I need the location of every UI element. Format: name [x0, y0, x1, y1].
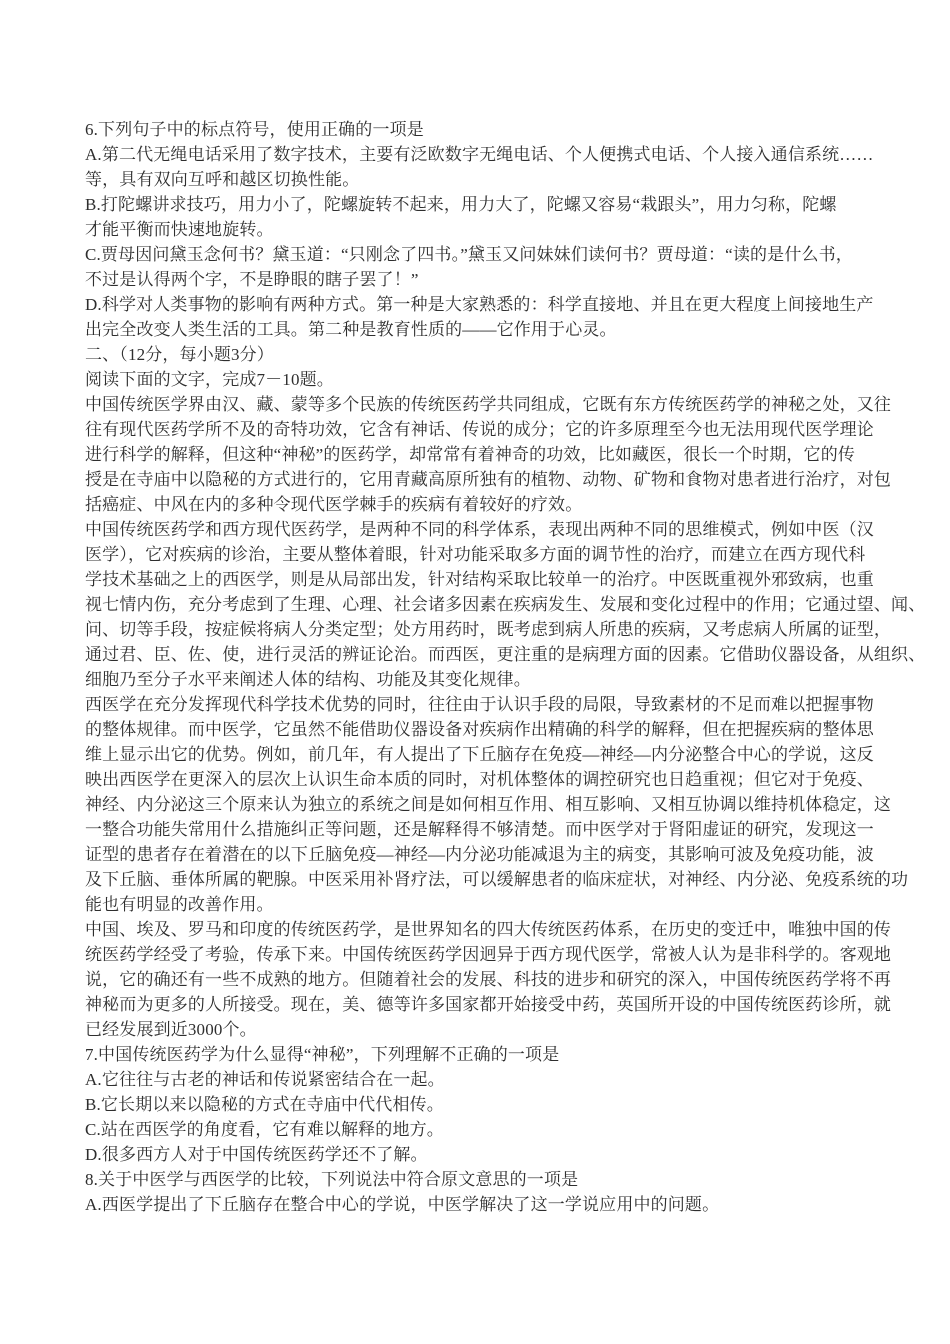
text-line: D.很多西方人对于中国传统医药学还不了解。: [85, 1142, 897, 1167]
document-page: 6.下列句子中的标点符号，使用正确的一项是A.第二代无绳电话采用了数字技术，主要…: [0, 0, 950, 1344]
text-line: D.科学对人类事物的影响有两种方式。第一种是大家熟悉的：科学直接地、并且在更大程…: [85, 292, 897, 317]
text-line: A.它往往与古老的神话和传说紧密结合在一起。: [85, 1067, 897, 1092]
text-line: C.贾母因问黛玉念何书？黛玉道：“只刚念了四书。”黛玉又问妹妹们读何书？贾母道：…: [85, 242, 897, 267]
text-line: C.站在西医学的角度看，它有难以解释的地方。: [85, 1117, 897, 1142]
text-line: 二、（12分，每小题3分）: [85, 342, 897, 367]
text-line: 视七情内伤，充分考虑到了生理、心理、社会诸多因素在疾病发生、发展和变化过程中的作…: [85, 592, 897, 617]
text-line: 进行科学的解释，但这种“神秘”的医药学，却常常有着神奇的功效，比如藏医，很长一个…: [85, 442, 897, 467]
text-line: 神秘而为更多的人所接受。现在，美、德等许多国家都开始接受中药，英国所开设的中国传…: [85, 992, 897, 1017]
text-line: 出完全改变人类生活的工具。第二种是教育性质的——它作用于心灵。: [85, 317, 897, 342]
text-line: 已经发展到近3000个。: [85, 1017, 897, 1042]
text-line: 说，它的确还有一些不成熟的地方。但随着社会的发展、科技的进步和研究的深入，中国传…: [85, 967, 897, 992]
text-line: 8.关于中医学与西医学的比较，下列说法中符合原文意思的一项是: [85, 1167, 897, 1192]
text-line: 一整合功能失常用什么措施纠正等问题，还是解释得不够清楚。而中医学对于肾阳虚证的研…: [85, 817, 897, 842]
text-line: 证型的患者存在着潜在的以下丘脑免疫—神经—内分泌功能减退为主的病变，其影响可波及…: [85, 842, 897, 867]
text-line: A.西医学提出了下丘脑存在整合中心的学说，中医学解决了这一学说应用中的问题。: [85, 1192, 897, 1217]
text-line: 映出西医学在更深入的层次上认识生命本质的同时，对机体整体的调控研究也日趋重视；但…: [85, 767, 897, 792]
text-line: 往有现代医药学所不及的奇特功效，它含有神话、传说的成分；它的许多原理至今也无法用…: [85, 417, 897, 442]
text-line: 问、切等手段，按症候将病人分类定型；处方用药时，既考虑到病人所患的疾病，又考虑病…: [85, 617, 897, 642]
text-line: 中国传统医药学和西方现代医药学，是两种不同的科学体系，表现出两种不同的思维模式，…: [85, 517, 897, 542]
text-line: 中国传统医学界由汉、藏、蒙等多个民族的传统医药学共同组成，它既有东方传统医药学的…: [85, 392, 897, 417]
text-line: 不过是认得两个字，不是睁眼的瞎子罢了！”: [85, 267, 897, 292]
text-line: 中国、埃及、罗马和印度的传统医药学，是世界知名的四大传统医药体系，在历史的变迁中…: [85, 917, 897, 942]
text-line: 授是在寺庙中以隐秘的方式进行的，它用青藏高原所独有的植物、动物、矿物和食物对患者…: [85, 467, 897, 492]
text-line: 细胞乃至分子水平来阐述人体的结构、功能及其变化规律。: [85, 667, 897, 692]
text-line: 7.中国传统医药学为什么显得“神秘”，下列理解不正确的一项是: [85, 1042, 897, 1067]
text-line: 西医学在充分发挥现代科学技术优势的同时，往往由于认识手段的局限，导致素材的不足而…: [85, 692, 897, 717]
text-line: 统医药学经受了考验，传承下来。中国传统医药学因迥异于西方现代医学，常被人认为是非…: [85, 942, 897, 967]
text-line: 阅读下面的文字，完成7－10题。: [85, 367, 897, 392]
text-line: B.它长期以来以隐秘的方式在寺庙中代代相传。: [85, 1092, 897, 1117]
text-line: 能也有明显的改善作用。: [85, 892, 897, 917]
text-line: 才能平衡而快速地旋转。: [85, 217, 897, 242]
text-line: 学技术基础之上的西医学，则是从局部出发，针对结构采取比较单一的治疗。中医既重视外…: [85, 567, 897, 592]
text-line: 通过君、臣、佐、使，进行灵活的辨证论治。而西医，更注重的是病理方面的因素。它借助…: [85, 642, 897, 667]
document-body: 6.下列句子中的标点符号，使用正确的一项是A.第二代无绳电话采用了数字技术，主要…: [85, 117, 897, 1217]
text-line: 括癌症、中风在内的多种令现代医学棘手的疾病有着较好的疗效。: [85, 492, 897, 517]
text-line: A.第二代无绳电话采用了数字技术，主要有泛欧数字无绳电话、个人便携式电话、个人接…: [85, 142, 897, 167]
text-line: 维上显示出它的优势。例如，前几年，有人提出了下丘脑存在免疫—神经—内分泌整合中心…: [85, 742, 897, 767]
text-line: B.打陀螺讲求技巧，用力小了，陀螺旋转不起来，用力大了，陀螺又容易“栽跟头”，用…: [85, 192, 897, 217]
text-line: 等，具有双向互呼和越区切换性能。: [85, 167, 897, 192]
text-line: 及下丘脑、垂体所属的靶腺。中医采用补肾疗法，可以缓解患者的临床症状，对神经、内分…: [85, 867, 897, 892]
text-line: 的整体规律。而中医学，它虽然不能借助仪器设备对疾病作出精确的科学的解释，但在把握…: [85, 717, 897, 742]
text-line: 医学），它对疾病的诊治，主要从整体着眼，针对功能采取多方面的调节性的治疗，而建立…: [85, 542, 897, 567]
text-line: 神经、内分泌这三个原来认为独立的系统之间是如何相互作用、相互影响、又相互协调以维…: [85, 792, 897, 817]
text-line: 6.下列句子中的标点符号，使用正确的一项是: [85, 117, 897, 142]
